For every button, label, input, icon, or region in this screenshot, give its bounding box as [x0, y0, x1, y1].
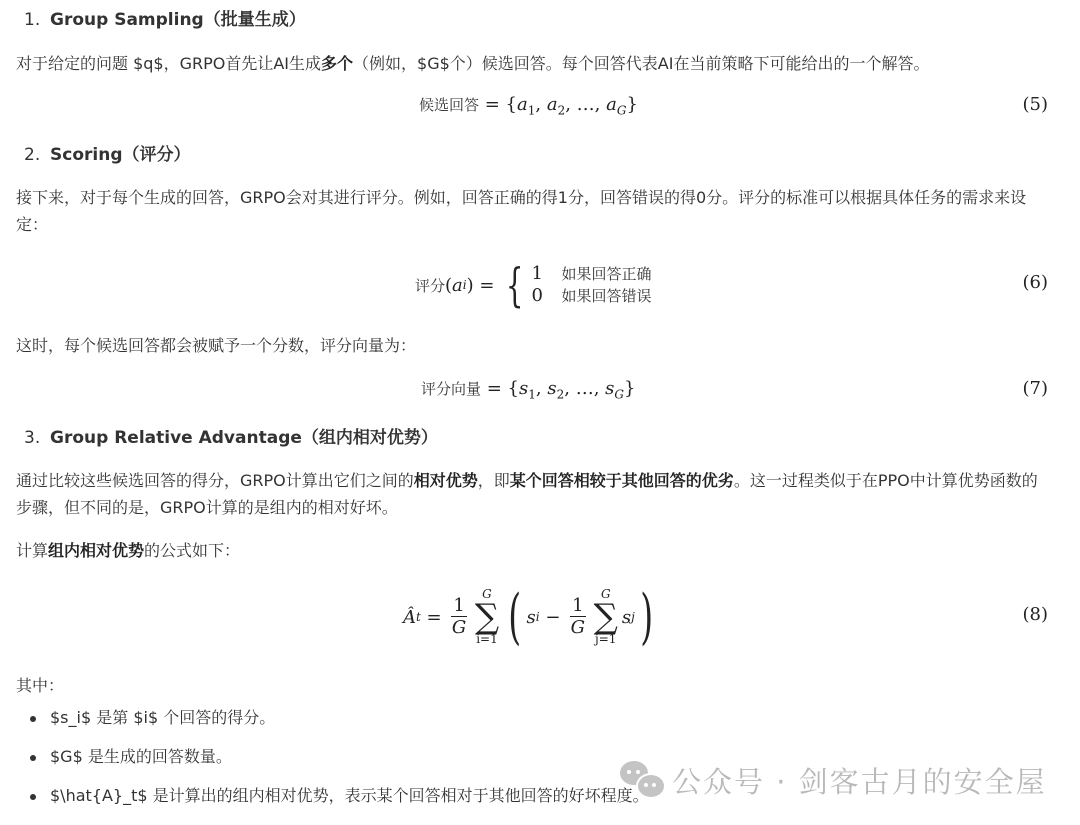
paragraph-group-sampling: 对于给定的问题 $q$，GRPO首先让AI生成多个（例如，$G$个）候选回答。每…	[16, 50, 1056, 77]
paragraph-formula-intro: 计算组内相对优势的公式如下：	[16, 537, 1056, 564]
wechat-icon	[620, 761, 664, 801]
paragraph-text: ，即	[478, 471, 510, 490]
bullet-icon	[30, 755, 36, 761]
equation-number: (6)	[1023, 272, 1049, 293]
equation-number: (7)	[1023, 378, 1049, 399]
equation-lhs: 候选回答	[419, 96, 479, 114]
list-item-text: $G$ 是生成的回答数量。	[50, 747, 232, 766]
equation-6: 评分(ai) = { 1如果回答正确 0如果回答错误 (6)	[0, 258, 1080, 312]
case-condition: 如果回答错误	[561, 287, 651, 305]
equation-number: (5)	[1023, 94, 1049, 115]
equation-body: Ât = 1G G∑i=1 ( si − 1G G∑j=1 sj )	[403, 582, 658, 652]
sum-lower: j=1	[595, 633, 616, 646]
equation-number: (8)	[1023, 604, 1049, 625]
subscript: j	[631, 610, 635, 624]
equation-body: 评分(ai) = { 1如果回答正确 0如果回答错误	[415, 258, 651, 312]
section-number: 3.	[24, 426, 50, 450]
paragraph-text: 对于给定的问题 $q$，GRPO首先让AI生成	[16, 54, 321, 73]
variable-s: s	[527, 607, 536, 628]
equation-lhs: 评分向量	[421, 380, 481, 398]
watermark: 公众号 · 剑客古月的安全屋	[620, 760, 1047, 801]
watermark-text: 公众号 · 剑客古月的安全屋	[672, 760, 1047, 801]
numerator: 1	[570, 596, 585, 617]
summation-j: G∑j=1	[594, 588, 618, 646]
bullet-icon	[30, 794, 36, 800]
definition-list: $s_i$ 是第 $i$ 个回答的得分。 $G$ 是生成的回答数量。 $\hat…	[28, 708, 649, 825]
variable-s: s	[622, 607, 631, 628]
list-item-text: $s_i$ 是第 $i$ 个回答的得分。	[50, 708, 275, 727]
denominator: G	[452, 617, 466, 639]
paragraph-scoring: 接下来，对于每个生成的回答，GRPO会对其进行评分。例如，回答正确的得1分，回答…	[16, 184, 1051, 238]
section-heading-group-relative-advantage: 3.Group Relative Advantage（组内相对优势）	[24, 426, 438, 450]
list-item-text: $\hat{A}_t$ 是计算出的组内相对优势，表示某个回答相对于其他回答的好坏…	[50, 786, 649, 805]
list-item: $\hat{A}_t$ 是计算出的组内相对优势，表示某个回答相对于其他回答的好坏…	[28, 786, 649, 825]
section-heading-group-sampling: 1.Group Sampling（批量生成）	[24, 8, 306, 32]
paragraph-score-vector: 这时，每个候选回答都会被赋予一个分数，评分向量为：	[16, 332, 1056, 359]
numerator: 1	[451, 596, 466, 617]
equation-5: 候选回答 = {a1, a2, …, aG} (5)	[0, 94, 1080, 124]
case-condition: 如果回答正确	[561, 265, 651, 283]
list-item: $G$ 是生成的回答数量。	[28, 747, 649, 786]
paragraph-text: （例如，$G$个）候选回答。每个回答代表AI在当前策略下可能给出的一个解答。	[353, 54, 929, 73]
bold-text: 某个回答相较于其他回答的优劣	[510, 471, 734, 490]
section-heading-scoring: 2.Scoring（评分）	[24, 143, 190, 167]
case-row: 0如果回答错误	[531, 285, 651, 307]
variable-a-hat: Â	[403, 607, 416, 628]
paragraph-where: 其中：	[16, 672, 1056, 699]
sum-lower: i=1	[476, 633, 498, 646]
case-value: 0	[531, 285, 561, 307]
bullet-icon	[30, 716, 36, 722]
section-title: Group Relative Advantage（组内相对优势）	[50, 428, 438, 448]
section-title: Group Sampling（批量生成）	[50, 10, 306, 30]
list-item: $s_i$ 是第 $i$ 个回答的得分。	[28, 708, 649, 747]
variable: a	[452, 275, 463, 296]
paragraph-text: 通过比较这些候选回答的得分，GRPO计算出它们之间的	[16, 471, 414, 490]
paragraph-text: 的公式如下：	[144, 541, 240, 560]
equation-body: 评分向量 = {s1, s2, …, sG}	[421, 378, 635, 402]
section-title: Scoring（评分）	[50, 145, 190, 165]
article-page: 1.Group Sampling（批量生成） 对于给定的问题 $q$，GRPO首…	[0, 0, 1080, 825]
bold-text: 组内相对优势	[48, 541, 144, 560]
paragraph-relative-advantage: 通过比较这些候选回答的得分，GRPO计算出它们之间的相对优势，即某个回答相较于其…	[16, 467, 1051, 521]
bold-text: 相对优势	[414, 471, 478, 490]
cases-block: { 1如果回答正确 0如果回答错误	[500, 262, 651, 308]
section-number: 2.	[24, 143, 50, 167]
case-row: 1如果回答正确	[531, 263, 651, 285]
section-number: 1.	[24, 8, 50, 32]
equation-body: 候选回答 = {a1, a2, …, aG}	[419, 94, 638, 118]
equation-lhs: 评分	[415, 275, 445, 296]
fraction: 1G	[451, 596, 466, 639]
summation-i: G∑i=1	[475, 588, 499, 646]
denominator: G	[571, 617, 585, 639]
paragraph-text: 计算	[16, 541, 48, 560]
equation-8: Ât = 1G G∑i=1 ( si − 1G G∑j=1 sj ) (8)	[0, 582, 1080, 652]
fraction: 1G	[570, 596, 585, 639]
case-value: 1	[531, 263, 561, 285]
equation-7: 评分向量 = {s1, s2, …, sG} (7)	[0, 378, 1080, 408]
bold-text: 多个	[321, 54, 353, 73]
